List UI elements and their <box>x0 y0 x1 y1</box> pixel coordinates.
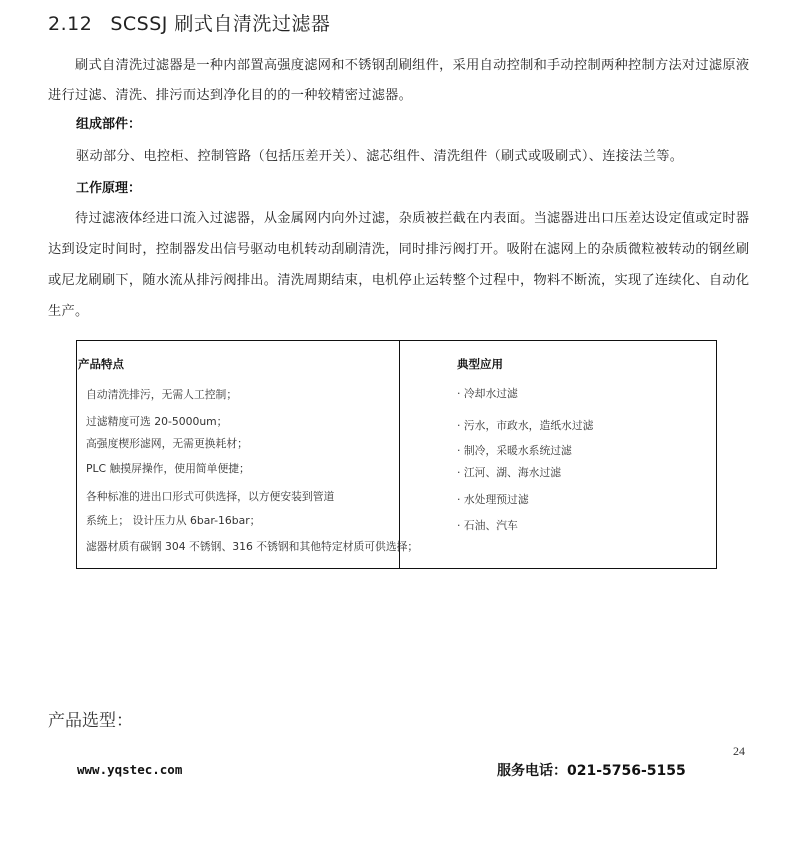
application-item: · 江河、湖、海水过滤 <box>457 465 561 480</box>
principle-line-4: 生产。 <box>48 300 88 319</box>
page-number: 24 <box>733 744 745 759</box>
application-item: · 石油、汽车 <box>457 518 518 533</box>
application-item: · 冷却水过滤 <box>457 386 518 401</box>
footer-website-link[interactable]: www.yqstec.com <box>77 762 182 777</box>
application-item: · 水处理预过滤 <box>457 492 529 507</box>
section-title-text: SCSSJ 刷式自清洗过滤器 <box>110 13 330 35</box>
components-text: 驱动部分、电控柜、控制管路（包括压差开关）、滤芯组件、清洗组件（刷式或吸刷式）、… <box>76 145 683 164</box>
feature-item: 过滤精度可选 20-5000um； <box>86 414 227 429</box>
application-item: · 污水，市政水，造纸水过滤 <box>457 418 593 433</box>
feature-item: PLC 触摸屏操作，使用简单便捷； <box>86 461 250 476</box>
footer-service-phone: 服务电话：021-5756-5155 <box>497 760 686 780</box>
principle-label: 工作原理： <box>76 177 141 196</box>
components-label: 组成部件： <box>76 113 141 132</box>
product-selection-title: 产品选型： <box>48 706 133 731</box>
principle-line-2: 达到设定时间时，控制器发出信号驱动电机转动刮刷清洗，同时排污阀打开。吸附在滤网上… <box>48 238 749 257</box>
feature-application-table: 产品特点 自动清洗排污，无需人工控制； 过滤精度可选 20-5000um； 高强… <box>76 340 717 569</box>
feature-item: 自动清洗排污，无需人工控制； <box>86 387 237 402</box>
features-heading: 产品特点 <box>78 356 124 372</box>
feature-item: 系统上； 设计压力从 6bar-16bar； <box>86 513 260 528</box>
feature-item: 高强度楔形滤网，无需更换耗材； <box>86 436 248 451</box>
feature-item: 滤器材质有碳钢 304 不锈钢、316 不锈钢和其他特定材质可供选择； <box>86 539 418 554</box>
applications-heading: 典型应用 <box>457 356 503 372</box>
intro-line-1: 刷式自清洗过滤器是一种内部置高强度滤网和不锈钢刮刷组件，采用自动控制和手动控制两… <box>75 54 749 73</box>
application-item: · 制冷，采暖水系统过滤 <box>457 443 572 458</box>
intro-line-2: 进行过滤、清洗、排污而达到净化目的的一种较精密过滤器。 <box>48 84 412 103</box>
feature-item: 各种标准的进出口形式可供选择，以方便安装到管道 <box>86 489 334 504</box>
section-title: 2.12SCSSJ 刷式自清洗过滤器 <box>48 9 330 36</box>
section-number: 2.12 <box>48 13 92 35</box>
table-column-divider <box>399 341 400 568</box>
principle-line-3: 或尼龙刷刷下，随水流从排污阀排出。清洗周期结束，电机停止运转整个过程中，物料不断… <box>48 269 749 288</box>
principle-line-1: 待过滤液体经进口流入过滤器，从金属网内向外过滤，杂质被拦截在内表面。当滤器进出口… <box>75 207 749 226</box>
